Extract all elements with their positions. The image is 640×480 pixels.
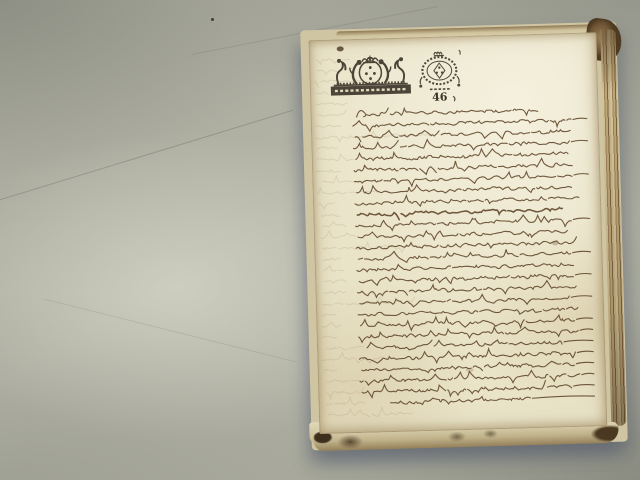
handwriting-line [356, 146, 568, 161]
handwriting-line [360, 291, 592, 308]
handwriting-lines [308, 32, 607, 434]
handwriting-line [358, 227, 568, 243]
photo-background: 46 [0, 0, 640, 480]
handwriting-line [353, 114, 587, 132]
scratch-mark [0, 110, 293, 207]
dust-speck [211, 18, 214, 21]
handwriting-line [360, 368, 594, 387]
manuscript-front-page: 46 [308, 32, 607, 434]
handwriting-line [359, 346, 593, 365]
handwriting-line [358, 246, 590, 264]
handwriting-line [357, 207, 562, 221]
handwriting-line [367, 336, 593, 351]
handwriting-line [356, 104, 537, 120]
manuscript-stack: 46 [300, 22, 628, 451]
handwriting-line [357, 260, 574, 273]
handwriting-line [354, 170, 588, 188]
handwriting-line [355, 125, 570, 143]
handwriting-line [354, 158, 572, 177]
handwriting-line [362, 379, 594, 398]
handwriting-line [362, 360, 594, 375]
handwriting-line [391, 394, 595, 406]
handwriting-line [357, 180, 572, 197]
scratch-mark [44, 299, 297, 363]
handwriting-line [359, 270, 591, 286]
handwriting-line [359, 324, 593, 342]
handwriting-line [358, 307, 578, 319]
handwriting-line [355, 191, 579, 208]
handwriting-line [353, 135, 587, 153]
handwriting-line [357, 280, 576, 298]
handwriting-line [356, 237, 579, 252]
